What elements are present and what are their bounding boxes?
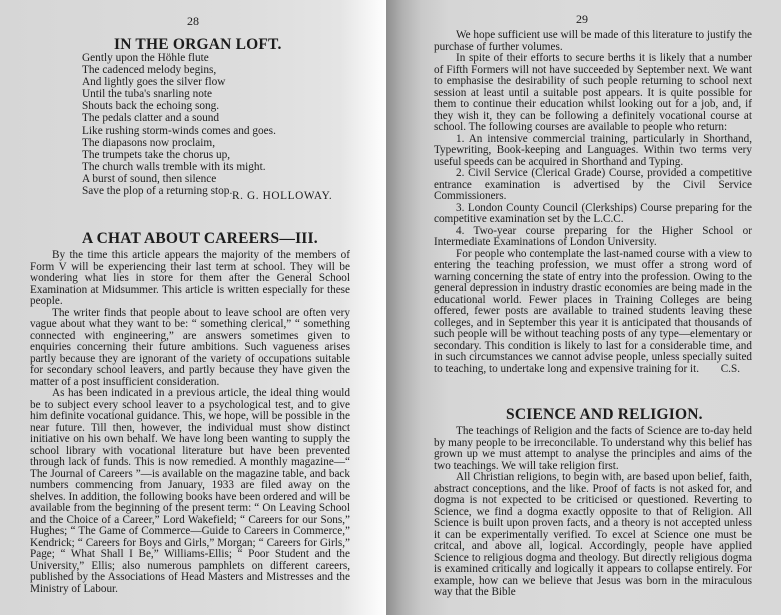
- paragraph: For people who contemplate the last-name…: [434, 249, 752, 376]
- paragraph: We hope sufficient use will be made of t…: [434, 30, 752, 53]
- page-number: 29: [576, 12, 588, 27]
- careers-continued-body: We hope sufficient use will be made of t…: [434, 30, 752, 376]
- list-item: 4. Two-year course preparing for the Hig…: [434, 226, 752, 249]
- poem-body: Gently upon the Höhle flute The cadenced…: [82, 52, 276, 197]
- paragraph: In spite of their efforts to secure bert…: [434, 53, 752, 134]
- right-page: 29 We hope sufficient use will be made o…: [386, 0, 781, 615]
- poem-line: The church walls tremble with its might.: [82, 161, 276, 173]
- poem-line: The cadenced melody begins,: [82, 64, 276, 76]
- left-page: 28 IN THE ORGAN LOFT. Gently upon the Hö…: [0, 0, 386, 615]
- paragraph: The writer finds that people about to le…: [30, 308, 350, 389]
- poem-line: The diapasons now proclaim,: [82, 137, 276, 149]
- list-item: 1. An intensive commercial training, par…: [434, 134, 752, 169]
- poem-author: R. G. HOLLOWAY.: [232, 190, 332, 202]
- science-article-body: The teachings of Religion and the facts …: [434, 426, 752, 599]
- poem-line: The trumpets take the chorus up,: [82, 149, 276, 161]
- poem-line: Like rushing storm-winds comes and goes.: [82, 125, 276, 137]
- poem-line: And lightly goes the silver flow: [82, 76, 276, 88]
- paragraph: All Christian religions, to begin with, …: [434, 472, 752, 599]
- poem-line: Until the tuba's snarling note: [82, 88, 276, 100]
- list-item: 2. Civil Service (Clerical Grade) Course…: [434, 168, 752, 203]
- page-number: 28: [0, 14, 386, 29]
- paragraph: As has been indicated in a previous arti…: [30, 388, 350, 595]
- paragraph: By the time this article appears the maj…: [30, 250, 350, 308]
- article-title: SCIENCE AND RELIGION.: [506, 406, 703, 424]
- article-title: A CHAT ABOUT CAREERS—III.: [82, 230, 318, 248]
- paragraph: The teachings of Religion and the facts …: [434, 426, 752, 472]
- poem-line: The pedals clatter and a sound: [82, 112, 276, 124]
- poem-line: Shouts back the echoing song.: [82, 100, 276, 112]
- list-item: 3. London County Council (Clerkships) Co…: [434, 203, 752, 226]
- article-body: By the time this article appears the maj…: [30, 250, 350, 595]
- poem-line: A burst of sound, then silence: [82, 173, 276, 185]
- poem-line: Gently upon the Höhle flute: [82, 52, 276, 64]
